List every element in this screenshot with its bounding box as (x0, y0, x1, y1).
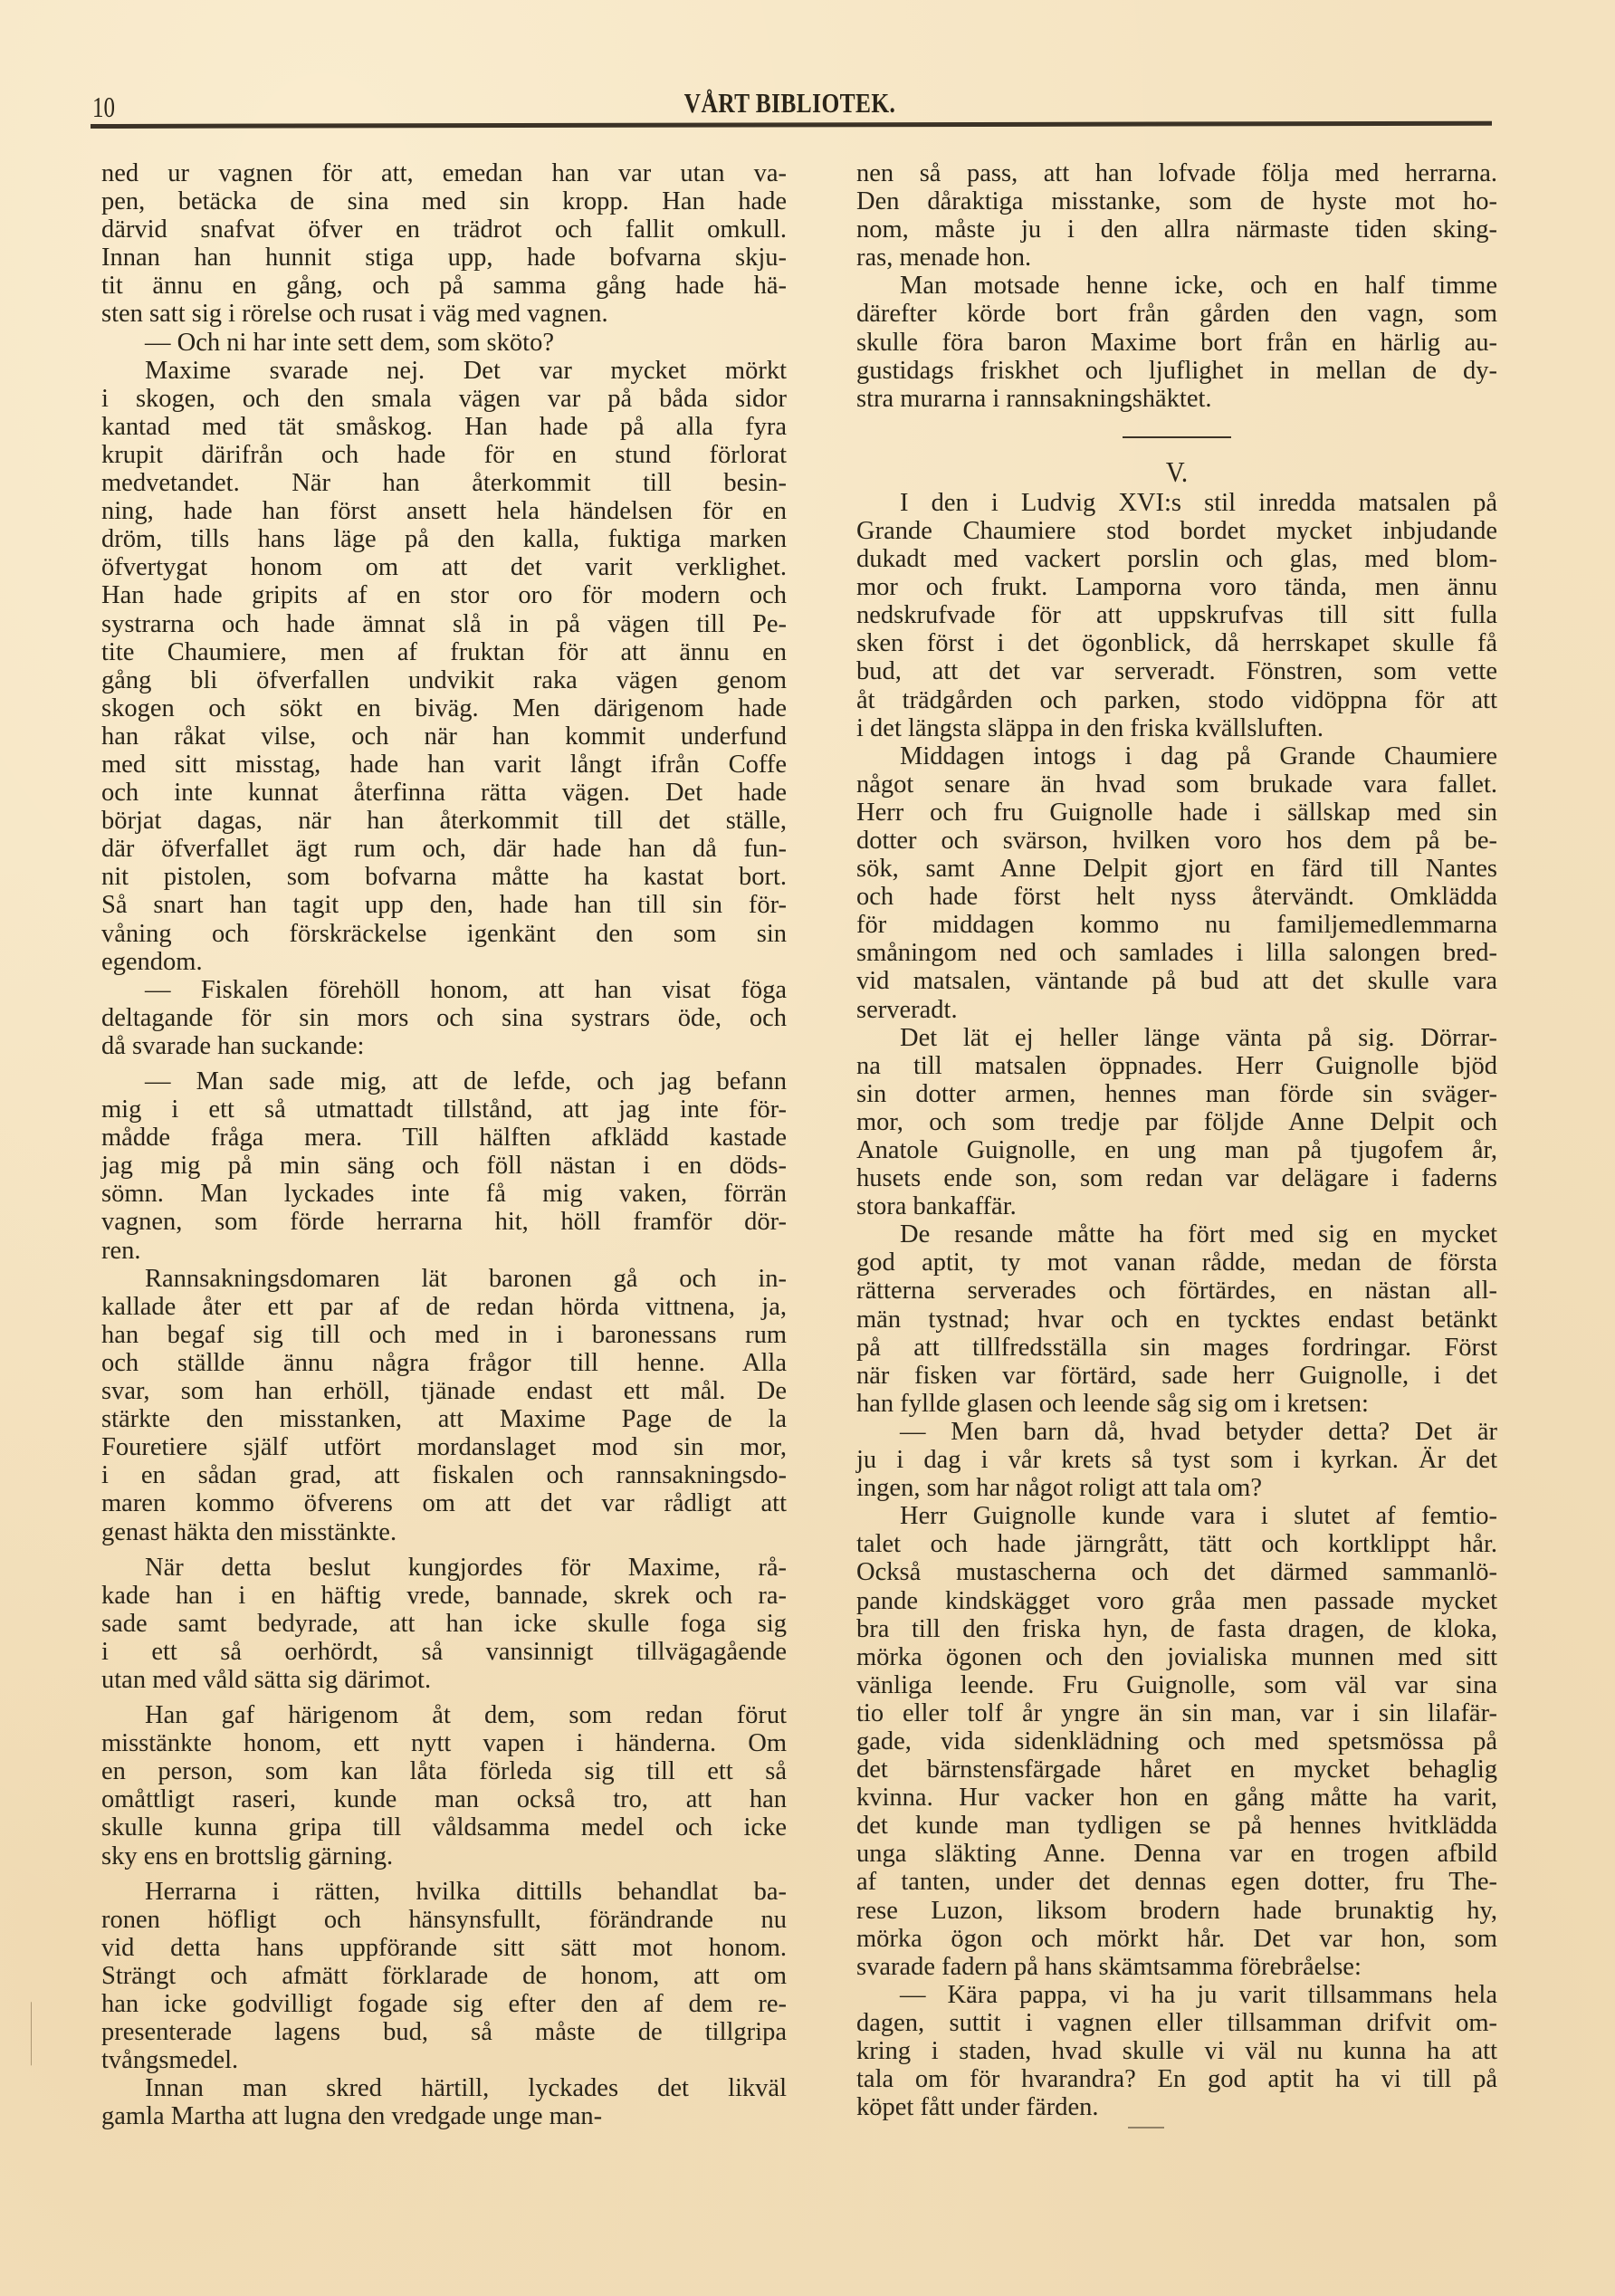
text-line: gustidags friskhet och ljuflighet in mel… (856, 357, 1497, 385)
text-line: sky ens en brottslig gärning. (101, 1842, 787, 1870)
text-line: i ett så oerhördt, så vansinnigt tillväg… (101, 1638, 787, 1666)
paragraph: Innan man skred härtill, lyckades det li… (101, 2074, 787, 2130)
text-line: åt trädgården och parken, stodo vidöppna… (856, 686, 1497, 714)
text-line: han begaf sig till och med in i baroness… (101, 1321, 787, 1349)
text-line: mörka ögonen och den jovialiska munnen m… (856, 1643, 1497, 1671)
paragraph: Det lät ej heller länge vänta på sig. Dö… (856, 1024, 1497, 1221)
text-line: Så snart han tagit upp den, hade han til… (101, 891, 787, 919)
text-line: på att tillfredsställa sin mages fordrin… (856, 1334, 1497, 1362)
text-line: och ställde ännu några frågor till henne… (101, 1349, 787, 1377)
text-line: — Kära pappa, vi ha ju varit tillsammans… (856, 1981, 1497, 2009)
text-line: mor, och som tredje par följde Anne Delp… (856, 1108, 1497, 1136)
text-line: sken först i det ögonblick, då herrskape… (856, 629, 1497, 657)
text-line: När detta beslut kungjordes för Maxime, … (101, 1554, 787, 1582)
text-line: ju i dag i vår krets så tyst som i kyrka… (856, 1446, 1497, 1474)
text-line: öfvertygat honom om att det varit verkli… (101, 553, 787, 581)
text-line: ras, menade hon. (856, 244, 1497, 272)
text-line: talet och hade järngrått, tätt och kortk… (856, 1530, 1497, 1558)
paragraph: ned ur vagnen för att, emedan han var ut… (101, 159, 787, 329)
text-line: svarade fadern på hans skämtsamma förebr… (856, 1953, 1497, 1981)
text-line: Maxime svarade nej. Det var mycket mörkt (101, 357, 787, 385)
text-line: De resande måtte ha fört med sig en myck… (856, 1220, 1497, 1248)
text-line: genast häkta den misstänkte. (101, 1518, 787, 1546)
paragraph: Maxime svarade nej. Det var mycket mörkt… (101, 357, 787, 976)
text-line: sin dotter armen, hennes man förde sin s… (856, 1080, 1497, 1108)
paragraph: — Men barn då, hvad betyder detta? Det ä… (856, 1418, 1497, 1502)
text-line: ning, hade han först ansett hela händels… (101, 497, 787, 525)
text-line: bra till den friska hyn, de fasta dragen… (856, 1615, 1497, 1643)
text-line: kring i staden, hvad skulle vi väl nu ku… (856, 2037, 1497, 2065)
text-line: därvid snafvat öfver en trädrot och fall… (101, 215, 787, 244)
text-line: tvångsmedel. (101, 2046, 787, 2074)
text-line: tala om för hvarandra? En god aptit ha v… (856, 2065, 1497, 2093)
text-line: våning och förskräckelse igenkänt den so… (101, 920, 787, 948)
text-line: mörka ögon och mörkt hår. Det var hon, s… (856, 1925, 1497, 1953)
text-line: Han gaf härigenom åt dem, som redan föru… (101, 1701, 787, 1729)
text-line: stora bankaffär. (856, 1192, 1497, 1220)
text-line: Det lät ej heller länge vänta på sig. Dö… (856, 1024, 1497, 1052)
text-line: sök, samt Anne Delpit gjort en färd till… (856, 855, 1497, 883)
text-line: Grande Chaumiere stod bordet mycket inbj… (856, 517, 1497, 545)
text-line: svar, som han erhöll, tjänade endast ett… (101, 1377, 787, 1405)
text-line: medvetandet. När han återkommit till bes… (101, 469, 787, 497)
paragraph: — Kära pappa, vi ha ju varit tillsammans… (856, 1981, 1497, 2121)
text-line: då svarade han suckande: (101, 1032, 787, 1060)
text-line: serveradt. (856, 996, 1497, 1024)
text-line: unga släkting Anne. Denna var en trogen … (856, 1840, 1497, 1868)
paragraph: Rannsakningsdomaren lät baronen gå och i… (101, 1265, 787, 1546)
text-line: och inte kunnat återfinna rätta vägen. D… (101, 779, 787, 807)
text-line: Herr och fru Guignolle hade i sällskap m… (856, 799, 1497, 827)
text-line: na till matsalen öppnades. Herr Guignoll… (856, 1052, 1497, 1080)
text-line: Herrarna i rätten, hvilka dittills behan… (101, 1878, 787, 1906)
text-line: där öfverfallet ägt rum och, där hade ha… (101, 835, 787, 863)
text-line: män tystnad; hvar och en tycktes endast … (856, 1306, 1497, 1334)
text-line: mor och frukt. Lamporna voro tända, men … (856, 573, 1497, 601)
end-mark (1128, 2127, 1164, 2129)
text-line: utan med våld sätta sig därimot. (101, 1666, 787, 1694)
text-line: det bärnstensfärgade håret en mycket beh… (856, 1755, 1497, 1784)
text-line: rätterna serverades och förtärdes, en nä… (856, 1277, 1497, 1305)
text-line: I den i Ludvig XVI:s stil inredda matsal… (856, 489, 1497, 517)
text-line: mådde fråga mera. Till hälften afklädd k… (101, 1124, 787, 1152)
text-line: skulle kunna gripa till våldsamma medel … (101, 1813, 787, 1842)
text-line: nedskrufvade för att uppskrufvas till si… (856, 601, 1497, 629)
text-line: presenterade lagens bud, så måste de til… (101, 2018, 787, 2046)
text-line: dukadt med vackert porslin och glas, med… (856, 545, 1497, 573)
text-line: gade, vida sidenklädning och med spetsmö… (856, 1727, 1497, 1755)
text-line: deltagande för sin mors och sina systrar… (101, 1004, 787, 1032)
text-line: i en sådan grad, att fiskalen och rannsa… (101, 1461, 787, 1489)
paragraph: — Fiskalen förehöll honom, att han visat… (101, 976, 787, 1060)
paragraph: Herr Guignolle kunde vara i slutet af fe… (856, 1502, 1497, 1981)
text-line: mig i ett så utmattadt tillstånd, att ja… (101, 1095, 787, 1124)
chapter-numeral: V. (888, 456, 1465, 487)
right-column: nen så pass, att han lofvade följa med h… (856, 159, 1497, 2129)
paragraph: I den i Ludvig XVI:s stil inredda matsal… (856, 489, 1497, 742)
text-line: ronen höfligt och hänsynsfullt, förändra… (101, 1906, 787, 1934)
text-line: tio eller tolf år yngre än sin man, var … (856, 1699, 1497, 1727)
text-line: — Man sade mig, att de lefde, och jag be… (101, 1067, 787, 1095)
text-line: vagnen, som förde herrarna hit, höll fra… (101, 1208, 787, 1236)
paragraph: — Man sade mig, att de lefde, och jag be… (101, 1067, 787, 1265)
text-line: tite Chaumiere, men af fruktan för att ä… (101, 638, 787, 666)
text-line: pen, betäcka de sina med sin kropp. Han … (101, 187, 787, 215)
text-line: — Men barn då, hvad betyder detta? Det ä… (856, 1418, 1497, 1446)
text-line: och hade först helt nyss återvändt. Omkl… (856, 883, 1497, 911)
text-line: — Fiskalen förehöll honom, att han visat… (101, 976, 787, 1004)
text-line: han icke godvilligt fogade sig efter den… (101, 1990, 787, 2018)
text-line: skogen och sökt en biväg. Men därigenom … (101, 694, 787, 722)
text-line: Rannsakningsdomaren lät baronen gå och i… (101, 1265, 787, 1293)
text-line: maren kommo öfverens om att det var rådl… (101, 1489, 787, 1517)
text-line: egendom. (101, 948, 787, 976)
paragraph: De resande måtte ha fört med sig en myck… (856, 1220, 1497, 1418)
text-line: Fouretiere själf utfört mordanslaget mod… (101, 1433, 787, 1461)
paragraph: nen så pass, att han lofvade följa med h… (856, 159, 1497, 272)
text-line: gamla Martha att lugna den vredgade unge… (101, 2102, 787, 2130)
text-line: gång bli öfverfallen undvikit raka vägen… (101, 666, 787, 694)
text-line: kvinna. Hur vacker hon en gång måtte ha … (856, 1784, 1497, 1812)
paragraph: Man motsade henne icke, och en half timm… (856, 272, 1497, 412)
text-line: Innan han hunnit stiga upp, hade bofvarn… (101, 244, 787, 272)
text-line: Anatole Guignolle, en ung man på tjugofe… (856, 1136, 1497, 1164)
text-line: Innan man skred härtill, lyckades det li… (101, 2074, 787, 2102)
text-line: Han hade gripits af en stor oro för mode… (101, 581, 787, 609)
text-line: Middagen intogs i dag på Grande Chaumier… (856, 742, 1497, 770)
text-line: nen så pass, att han lofvade följa med h… (856, 159, 1497, 187)
text-line: småningom ned och samlades i lilla salon… (856, 939, 1497, 967)
text-line: något senare än hvad som brukade vara fa… (856, 770, 1497, 799)
text-line: af tanten, under det dennas egen dotter,… (856, 1868, 1497, 1896)
text-line: dröm, tills hans läge på den kalla, fukt… (101, 525, 787, 553)
text-line: det kunde man tydligen se på hennes hvit… (856, 1812, 1497, 1840)
text-line: kantad med tät småskog. Han hade på alla… (101, 413, 787, 441)
text-line: husets ende son, som redan var delägare … (856, 1164, 1497, 1192)
text-line: Den dåraktiga misstanke, som de hyste mo… (856, 187, 1497, 215)
text-line: bud, att det var serveradt. Fönstren, so… (856, 657, 1497, 685)
text-line: när fisken var förtärd, sade herr Guigno… (856, 1362, 1497, 1390)
text-line: stra murarna i rannsakningshäktet. (856, 385, 1497, 413)
text-line: sömn. Man lyckades inte få mig vaken, fö… (101, 1180, 787, 1208)
text-line: därefter körde bort från gården den vagn… (856, 300, 1497, 328)
text-line: omåttligt raseri, kunde man också tro, a… (101, 1785, 787, 1813)
text-line: börjat dagas, när han återkommit till de… (101, 807, 787, 835)
text-line: en person, som kan låta förleda sig till… (101, 1757, 787, 1785)
right-column-chapter-body: I den i Ludvig XVI:s stil inredda matsal… (856, 489, 1497, 2121)
text-line: ned ur vagnen för att, emedan han var ut… (101, 159, 787, 187)
text-line: nit pistolen, som bofvarna måtte ha kast… (101, 863, 787, 891)
text-line: dagen, suttit i vagnen eller tillsamman … (856, 2009, 1497, 2037)
page-number: 10 (92, 91, 115, 124)
text-line: nom, måste ju i den allra närmaste tiden… (856, 215, 1497, 244)
text-line: pande kindskägget voro gråa men passade … (856, 1587, 1497, 1615)
text-line: i skogen, och den smala vägen var på båd… (101, 385, 787, 413)
text-line: systrarna och hade ämnat slå in på vägen… (101, 610, 787, 638)
text-line: — Och ni har inte sett dem, som sköto? (101, 329, 787, 357)
text-line: ren. (101, 1237, 787, 1265)
text-line: vänliga leende. Fru Guignolle, som väl v… (856, 1671, 1497, 1699)
text-line: rese Luzon, liksom brodern hade brunakti… (856, 1897, 1497, 1925)
text-line: tit ännu en gång, och på samma gång hade… (101, 272, 787, 300)
text-line: skulle föra baron Maxime bort från en hä… (856, 329, 1497, 357)
right-column-before-section: nen så pass, att han lofvade följa med h… (856, 159, 1497, 413)
text-line: god aptit, ty mot vanan rådde, medan de … (856, 1248, 1497, 1277)
paper-crease-mark (4, 2002, 32, 2081)
text-line: kade han i en häftig vrede, bannade, skr… (101, 1582, 787, 1610)
paragraph: Han gaf härigenom åt dem, som redan föru… (101, 1701, 787, 1870)
text-line: ingen, som har något roligt att tala om? (856, 1474, 1497, 1502)
text-line: sade samt bedyrade, att han icke skulle … (101, 1610, 787, 1638)
text-line: vid matsalen, väntande på bud att det sk… (856, 967, 1497, 995)
paragraph: Middagen intogs i dag på Grande Chaumier… (856, 742, 1497, 1024)
text-line: i det längsta släppa in den friska kväll… (856, 714, 1497, 742)
text-line: Strängt och afmätt förklarade de honom, … (101, 1962, 787, 1990)
text-line: Man motsade henne icke, och en half timm… (856, 272, 1497, 300)
text-line: kallade åter ett par af de redan hörda v… (101, 1293, 787, 1321)
text-line: han fyllde glasen och leende såg sig om … (856, 1390, 1497, 1418)
section-divider (1123, 436, 1231, 438)
text-line: dotter och svärson, hvilken voro hos dem… (856, 827, 1497, 855)
text-line: krupit därifrån och hade för en stund fö… (101, 441, 787, 469)
text-line: sten satt sig i rörelse och rusat i väg … (101, 300, 787, 328)
text-line: han råkat vilse, och när han kommit unde… (101, 722, 787, 751)
left-column: ned ur vagnen för att, emedan han var ut… (101, 159, 787, 2130)
text-line: köpet fått under färden. (856, 2093, 1497, 2121)
text-line: Herr Guignolle kunde vara i slutet af fe… (856, 1502, 1497, 1530)
text-line: vid detta hans uppförande sitt sätt mot … (101, 1934, 787, 1962)
journal-title: VÅRT BIBLIOTEK. (216, 87, 1363, 120)
paragraph: — Och ni har inte sett dem, som sköto? (101, 329, 787, 357)
text-line: jag mig på min säng och föll nästan i en… (101, 1152, 787, 1180)
text-line: Också mustascherna och det därmed samman… (856, 1558, 1497, 1586)
text-line: för middagen kommo nu familjemedlemmarna (856, 911, 1497, 939)
paragraph: Herrarna i rätten, hvilka dittills behan… (101, 1878, 787, 2075)
text-line: misstänkte honom, ett nytt vapen i hände… (101, 1729, 787, 1757)
text-line: stärkte den misstanken, att Maxime Page … (101, 1405, 787, 1433)
text-line: med sitt misstag, hade han varit långt i… (101, 751, 787, 779)
paragraph: När detta beslut kungjordes för Maxime, … (101, 1554, 787, 1694)
